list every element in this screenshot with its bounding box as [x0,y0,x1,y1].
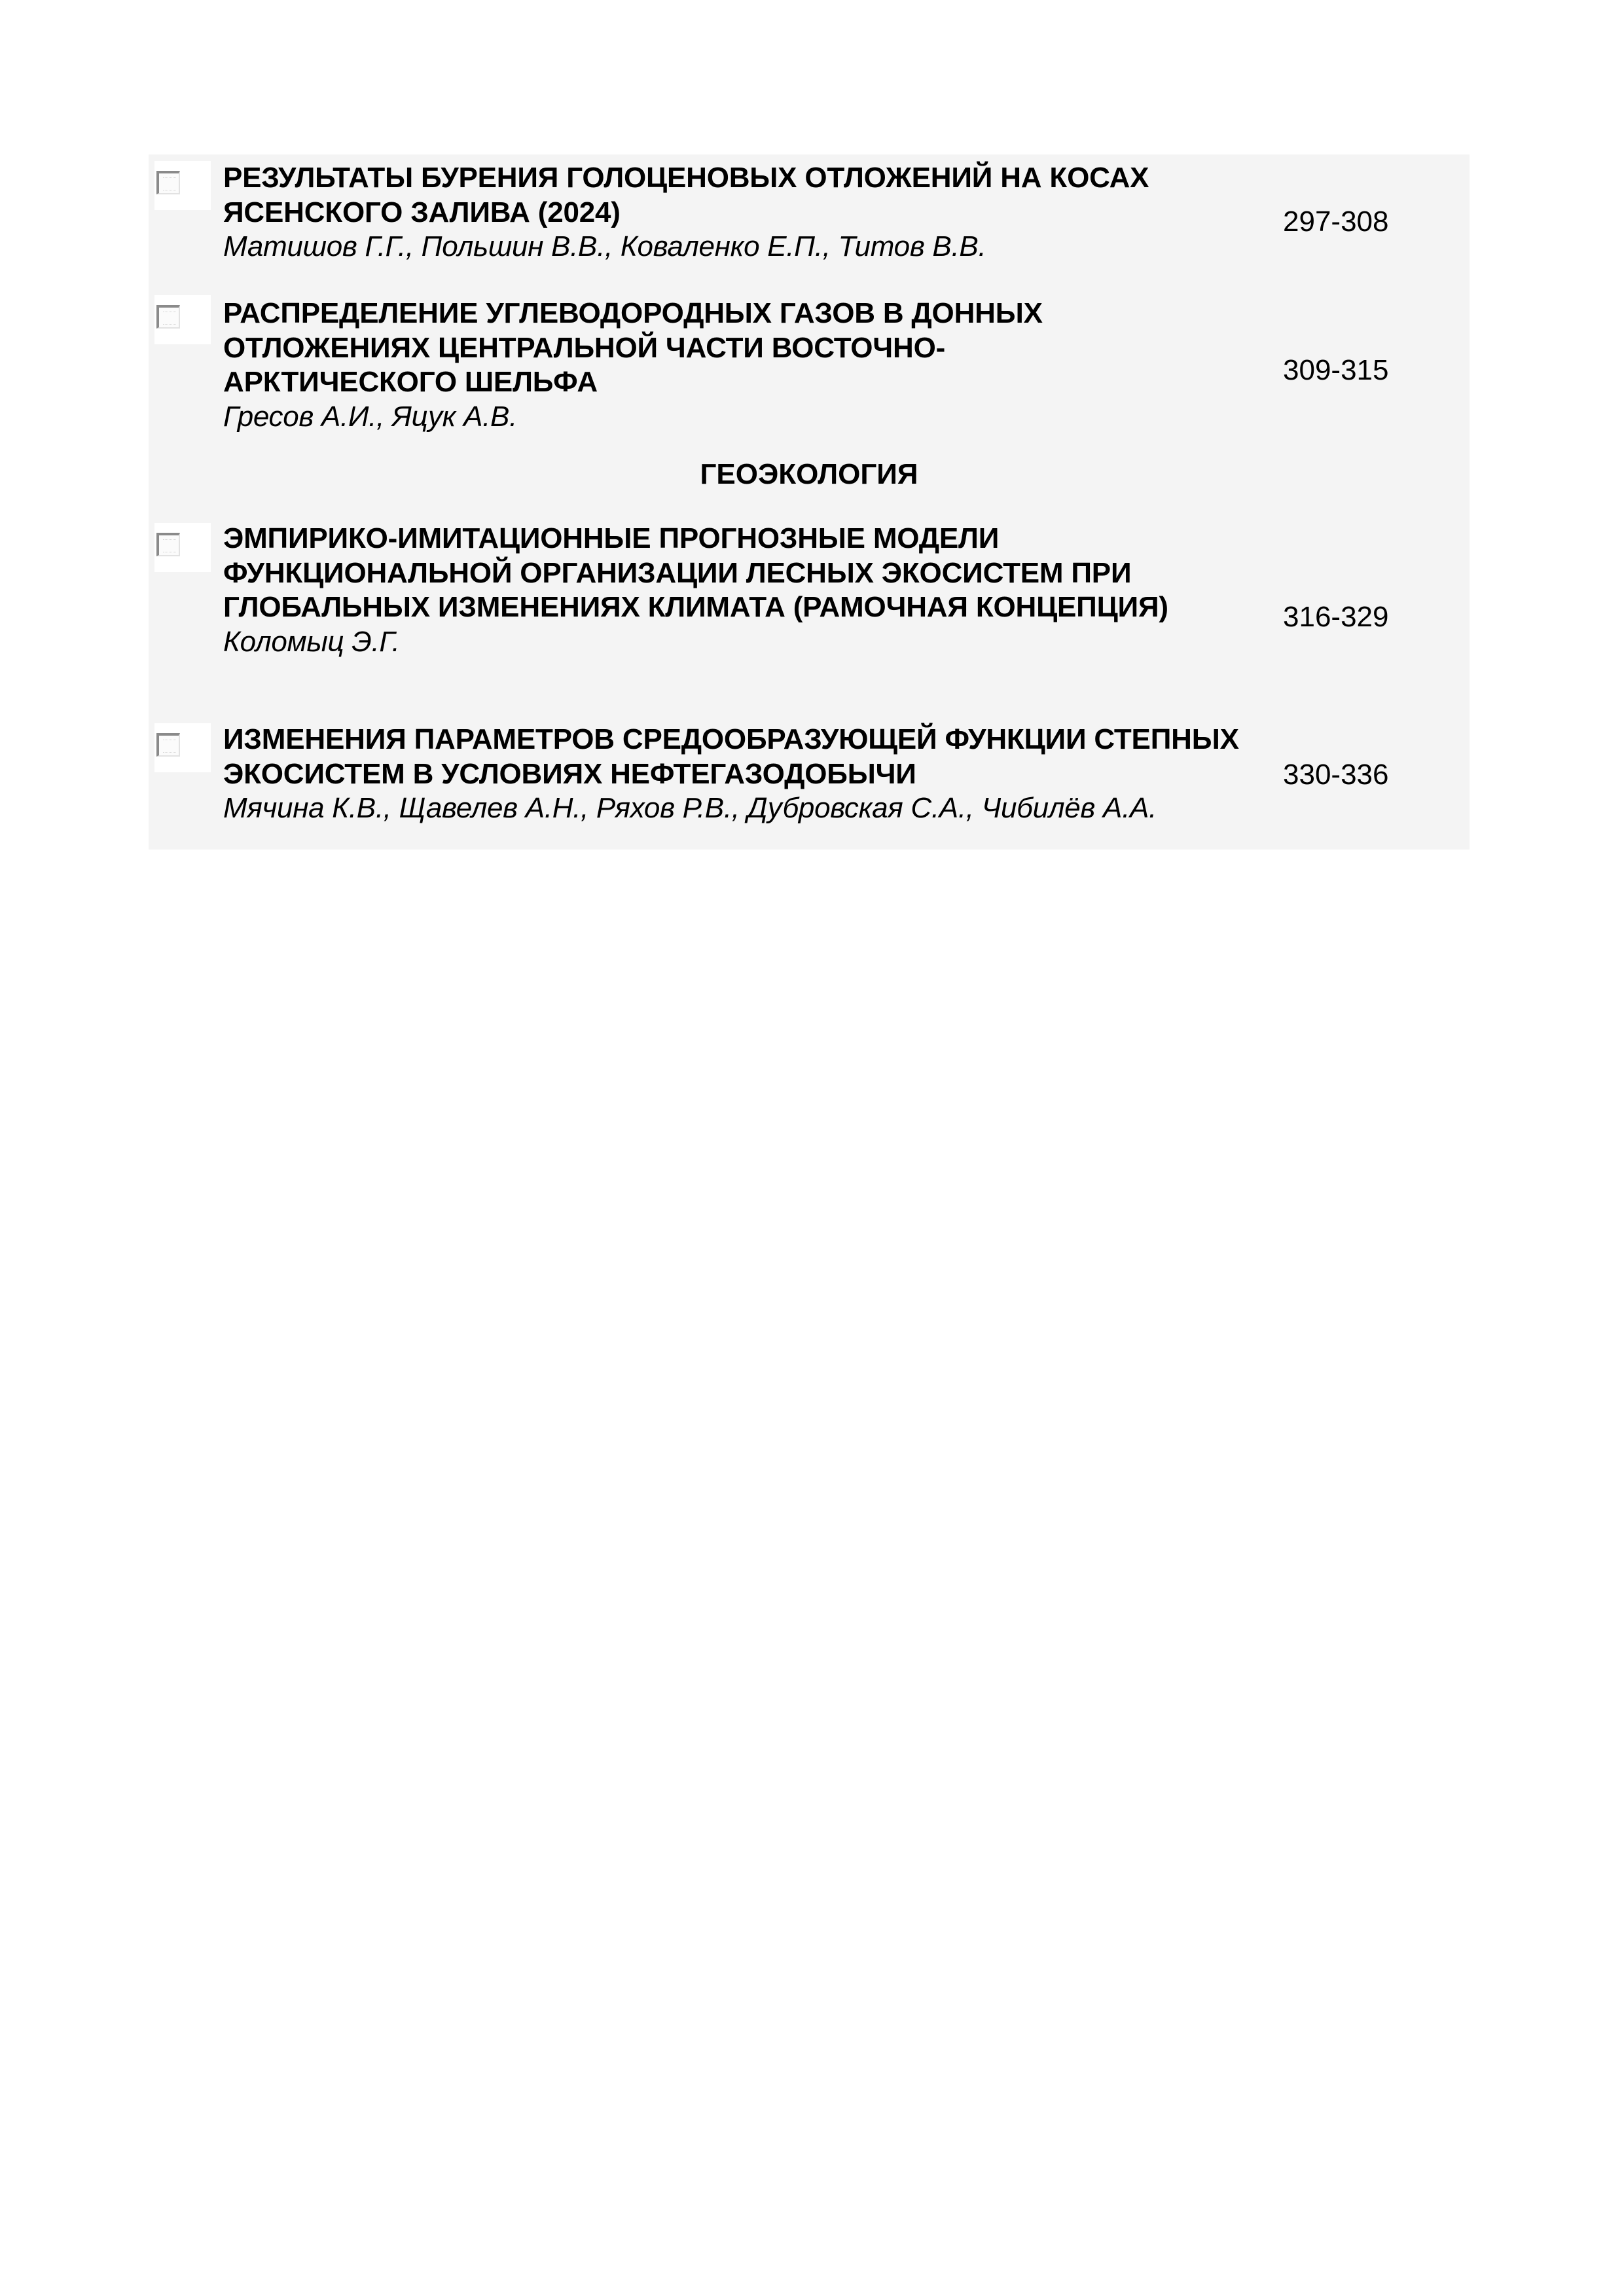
article-title[interactable]: РЕЗУЛЬТАТЫ БУРЕНИЯ ГОЛОЦЕНОВЫХ ОТЛОЖЕНИЙ… [223,161,1297,230]
checkbox-unchecked-icon[interactable] [156,305,180,329]
article-authors: Гресов А.И., Яцук А.В. [223,400,1100,435]
section-heading: ГЕОЭКОЛОГИЯ [149,457,1470,492]
article-authors: Коломыц Э.Г. [223,625,1179,660]
entry-text: ИЗМЕНЕНИЯ ПАРАМЕТРОВ СРЕДООБРАЗУЮЩЕЙ ФУН… [223,723,1271,826]
checkbox-cell [154,295,211,344]
checkbox-cell [154,723,211,772]
page-range: 309-315 [1283,353,1388,388]
entry-text: ЭМПИРИКО-ИМИТАЦИОННЫЕ ПРОГНОЗНЫЕ МОДЕЛИ … [223,522,1179,659]
page-range: 316-329 [1283,600,1388,635]
article-title[interactable]: ЭМПИРИКО-ИМИТАЦИОННЫЕ ПРОГНОЗНЫЕ МОДЕЛИ … [223,522,1179,625]
page-range: 297-308 [1283,205,1388,240]
table-of-contents: РЕЗУЛЬТАТЫ БУРЕНИЯ ГОЛОЦЕНОВЫХ ОТЛОЖЕНИЙ… [149,154,1470,850]
entry-text: РАСПРЕДЕЛЕНИЕ УГЛЕВОДОРОДНЫХ ГАЗОВ В ДОН… [223,296,1100,434]
checkbox-cell [154,161,211,210]
checkbox-unchecked-icon[interactable] [156,171,180,194]
checkbox-unchecked-icon[interactable] [156,733,180,757]
article-title[interactable]: ИЗМЕНЕНИЯ ПАРАМЕТРОВ СРЕДООБРАЗУЮЩЕЙ ФУН… [223,723,1271,791]
page-range: 330-336 [1283,758,1388,793]
article-title[interactable]: РАСПРЕДЕЛЕНИЕ УГЛЕВОДОРОДНЫХ ГАЗОВ В ДОН… [223,296,1100,400]
article-authors: Мячина К.В., Щавелев А.Н., Ряхов Р.В., Д… [223,791,1271,826]
article-authors: Матишов Г.Г., Польшин В.В., Коваленко Е.… [223,230,1297,264]
entry-text: РЕЗУЛЬТАТЫ БУРЕНИЯ ГОЛОЦЕНОВЫХ ОТЛОЖЕНИЙ… [223,161,1297,264]
checkbox-cell [154,523,211,572]
checkbox-unchecked-icon[interactable] [156,533,180,556]
